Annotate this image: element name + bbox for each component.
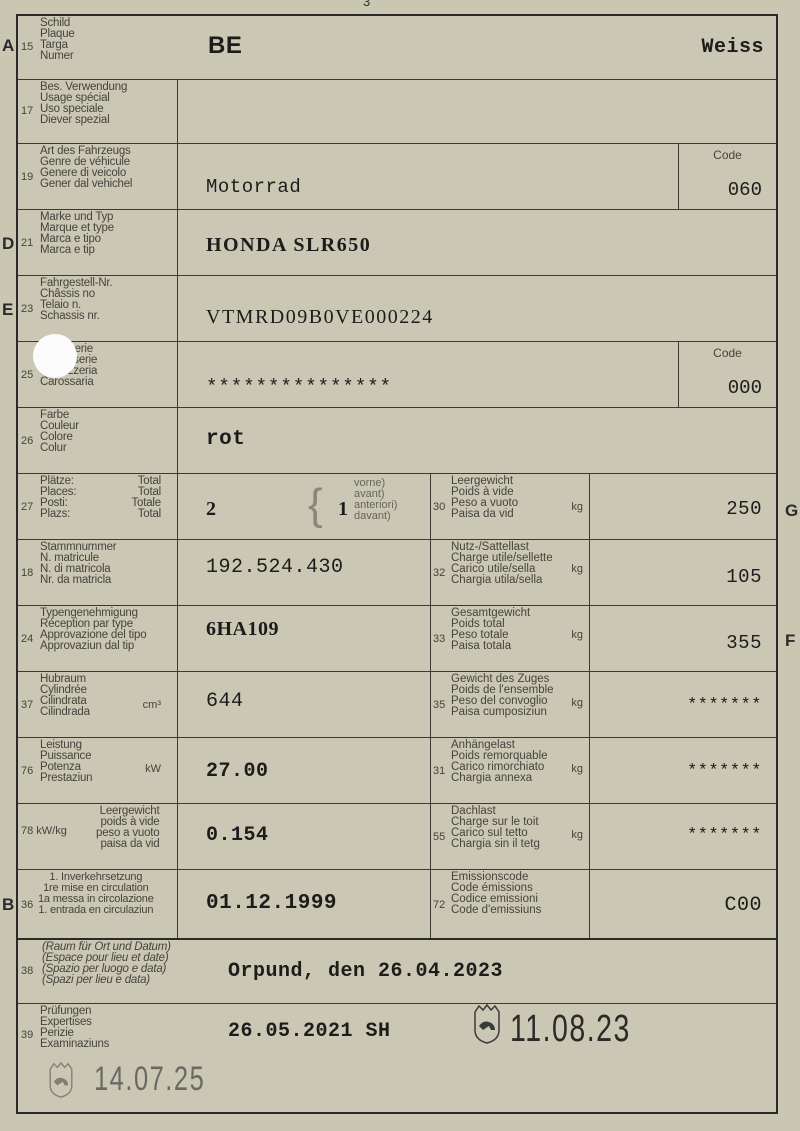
body-code-box: Code 000 — [678, 342, 776, 407]
field-label: Fahrgestell-Nr. Châssis no Telaio n. Sch… — [40, 278, 112, 322]
field-39-inspections: 39 Prüfungen Expertises Perizie Examinaz… — [18, 1004, 776, 1112]
plate-color: Weiss — [701, 36, 764, 59]
margin-letter-b: B — [2, 895, 14, 915]
field-label-total: Total Total Totale Total — [132, 476, 162, 520]
brace-open: { — [308, 480, 323, 530]
body-code: 000 — [728, 377, 762, 399]
matricule-value: 192.524.430 — [206, 556, 344, 579]
seats-front-label: vorne) avant) anteriori) davant) — [354, 478, 397, 522]
field-15-plate: 15 Schild Plaque Targa Numer BE Weiss — [18, 16, 776, 80]
field-label: Plätze: Places: Posti: Plazs: — [40, 476, 76, 520]
margin-letter-e: E — [2, 300, 13, 320]
body-value: *************** — [206, 376, 392, 398]
field-label: Leistung Puissance Potenza Prestaziun — [40, 740, 92, 784]
payload-value: 105 — [726, 566, 762, 588]
vehicle-type-value: Motorrad — [206, 176, 301, 198]
power-weight-value: 0.154 — [206, 824, 269, 847]
field-label: Typengenehmigung Réception par type Appr… — [40, 608, 146, 652]
field-30-empty-weight: 30 Leergewicht Poids à vide Peso a vuoto… — [430, 474, 590, 539]
type-approval-value: 6HA109 — [206, 618, 279, 641]
row-power-towing: 76 Leistung Puissance Potenza Prestaziun… — [18, 738, 776, 804]
inspection-date-value: 26.05.2021 SH — [228, 1020, 391, 1043]
vehicle-type-code-box: Code 060 — [678, 144, 776, 209]
row-seats-empty-weight: 27 Plätze: Places: Posti: Plazs: Total T… — [18, 474, 776, 540]
field-26-color: 26 Farbe Couleur Colore Colur rot — [18, 408, 776, 474]
inspection-stamp-date: 11.08.23 — [510, 1008, 631, 1051]
row-first-registration-emissions: 36 1. Inverkehrsetzung 1re mise en circu… — [18, 870, 776, 940]
field-72-emissions: 72 Emissionscode Code émissions Codice e… — [430, 870, 590, 938]
power-value: 27.00 — [206, 760, 269, 783]
roof-load-value: ******* — [687, 826, 762, 845]
margin-letter-f: F — [785, 631, 795, 651]
place-date-value: Orpund, den 26.04.2023 — [228, 960, 503, 983]
displacement-value: 644 — [206, 690, 244, 713]
field-25-body: 25 Karosserie Carrosserie Carrozzeria Ca… — [18, 342, 776, 408]
margin-letter-g: G — [785, 501, 798, 521]
next-inspection-stamp-date: 14.07.25 — [94, 1060, 205, 1099]
color-value: rot — [206, 428, 245, 451]
field-17-special-use: 17 Bes. Verwendung Usage spécial Uso spe… — [18, 80, 776, 144]
vehicle-registration-form: 15 Schild Plaque Targa Numer BE Weiss 17… — [16, 14, 778, 1114]
field-23-chassis: 23 Fahrgestell-Nr. Châssis no Telaio n. … — [18, 276, 776, 342]
field-label: Hubraum Cylindrée Cilindrata Cilindrada — [40, 674, 90, 718]
emissions-code-value: C00 — [724, 894, 762, 917]
towing-load-value: ******* — [687, 762, 762, 781]
row-type-approval-total-weight: 24 Typengenehmigung Réception par type A… — [18, 606, 776, 672]
total-weight-value: 355 — [726, 632, 762, 654]
margin-letter-a: A — [2, 36, 14, 56]
train-weight-value: ******* — [687, 696, 762, 715]
seats-front-value: 1 — [338, 498, 349, 521]
make-model-value: HONDA SLR650 — [206, 234, 371, 257]
bern-coat-of-arms-faded-icon — [48, 1062, 74, 1098]
row-displacement-train-weight: 37 Hubraum Cylindrée Cilindrata Cilindra… — [18, 672, 776, 738]
field-21-make-model: 21 Marke und Typ Marque et type Marca e … — [18, 210, 776, 276]
field-label: Prüfungen Expertises Perizie Examinaziun… — [40, 1006, 109, 1050]
seats-total-value: 2 — [206, 498, 217, 521]
bern-coat-of-arms-icon — [473, 1004, 501, 1044]
field-19-vehicle-type: 19 Art des Fahrzeugs Genre de véhicule G… — [18, 144, 776, 210]
field-55-roof-load: 55 Dachlast Charge sur le toit Carico su… — [430, 804, 590, 869]
field-label: Bes. Verwendung Usage spécial Uso specia… — [40, 82, 127, 126]
field-label: Marke und Typ Marque et type Marca e tip… — [40, 212, 114, 256]
first-registration-value: 01.12.1999 — [206, 892, 337, 915]
field-31-towing-load: 31 Anhängelast Poids remorquable Carico … — [430, 738, 590, 803]
field-35-train-weight: 35 Gewicht des Zuges Poids de l'ensemble… — [430, 672, 590, 737]
page-number: 3 — [363, 0, 370, 9]
field-38-place-date: 38 (Raum für Ort und Datum) (Espace pour… — [18, 940, 776, 1004]
chassis-number-value: VTMRD09B0VE000224 — [206, 306, 434, 329]
margin-letter-d: D — [2, 234, 14, 254]
field-label: Art des Fahrzeugs Genre de véhicule Gene… — [40, 146, 132, 190]
field-label: Schild Plaque Targa Numer — [40, 18, 75, 62]
field-32-payload: 32 Nutz-/Sattellast Charge utile/sellett… — [430, 540, 590, 605]
field-label: (Raum für Ort und Datum) (Espace pour li… — [42, 942, 171, 986]
field-label: Farbe Couleur Colore Colur — [40, 410, 79, 454]
field-33-total-weight: 33 Gesamtgewicht Poids total Peso totale… — [430, 606, 590, 671]
field-label: Stammnummer N. matricule N. di matricola… — [40, 542, 116, 586]
row-power-weight-roof-load: 78 kW/kg Leergewicht poids à vide peso a… — [18, 804, 776, 870]
row-matricule-payload: 18 Stammnummer N. matricule N. di matric… — [18, 540, 776, 606]
plate-canton: BE — [208, 32, 242, 60]
field-label: Leergewicht poids à vide peso a vuoto pa… — [96, 806, 159, 850]
punch-hole — [33, 334, 77, 378]
empty-weight-value: 250 — [726, 498, 762, 520]
field-label: 1. Inverkehrsetzung 1re mise en circulat… — [38, 872, 154, 916]
vehicle-type-code: 060 — [728, 179, 762, 201]
